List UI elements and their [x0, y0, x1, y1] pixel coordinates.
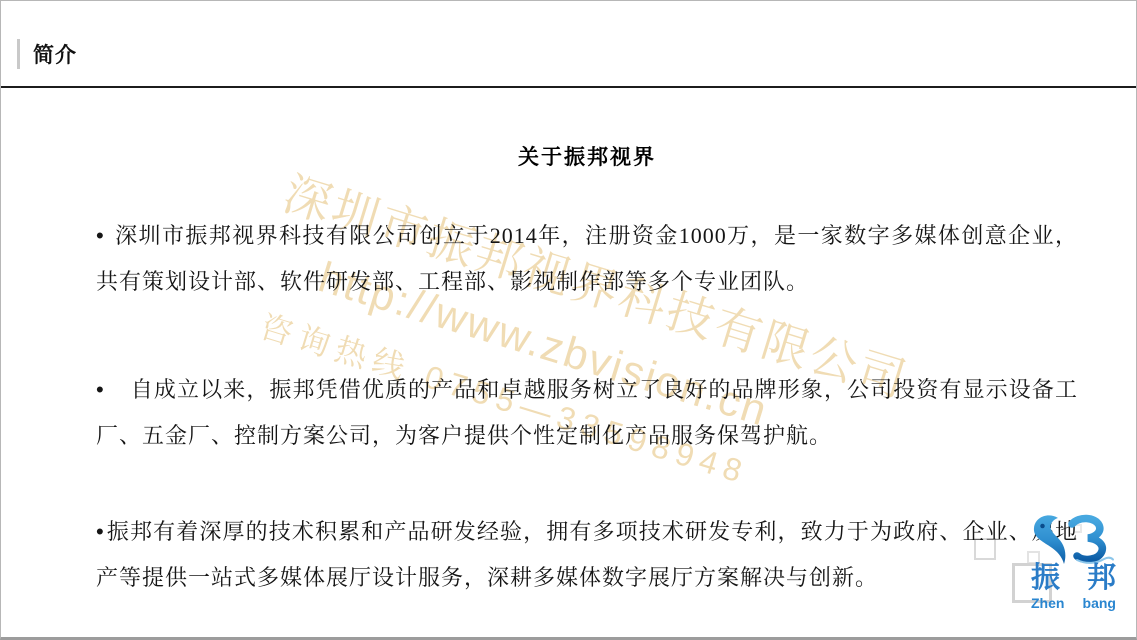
logo-cn-char-2: 邦: [1087, 564, 1116, 593]
paragraph-text: 振邦有着深厚的技术积累和产品研发经验，拥有多项技术研发专利，致力于为政府、企业、…: [96, 519, 1078, 590]
paragraph-text: 自成立以来，振邦凭借优质的产品和卓越服务树立了良好的品牌形象，公司投资有显示设备…: [96, 377, 1078, 448]
paragraph-technology: •振邦有着深厚的技术积累和产品研发经验，拥有多项技术研发专利，致力于为政府、企业…: [96, 509, 1078, 601]
bullet-marker: •: [96, 377, 105, 402]
zhenbang-logo-icon: [1029, 514, 1117, 566]
page-title: 简介: [33, 39, 77, 69]
paragraph-text: 深圳市振邦视界科技有限公司创立于2014年，注册资金1000万，是一家数字多媒体…: [96, 223, 1078, 294]
logo-name-english: Zhen bang: [1031, 596, 1116, 610]
paragraph-brand-history: •自成立以来，振邦凭借优质的产品和卓越服务树立了良好的品牌形象，公司投资有显示设…: [96, 367, 1078, 459]
logo-en-word-2: bang: [1083, 596, 1116, 610]
logo-en-word-1: Zhen: [1031, 596, 1064, 610]
header-divider: [1, 86, 1136, 88]
presentation-slide: 简介 深圳市振邦视界科技有限公司 http://www.zbvision.cn …: [0, 0, 1137, 640]
header-accent-bar: [17, 39, 20, 69]
slide-body: 关于振邦视界 •深圳市振邦视界科技有限公司创立于2014年，注册资金1000万，…: [96, 141, 1078, 601]
content-title: 关于振邦视界: [96, 141, 1078, 171]
logo-cn-char-1: 振: [1031, 564, 1060, 593]
logo-name-chinese: 振 邦: [1031, 564, 1116, 593]
paragraph-company-intro: •深圳市振邦视界科技有限公司创立于2014年，注册资金1000万，是一家数字多媒…: [96, 213, 1078, 305]
bullet-marker: •: [96, 519, 105, 544]
slide-header: 简介: [17, 39, 77, 69]
bullet-marker: •: [96, 223, 105, 248]
